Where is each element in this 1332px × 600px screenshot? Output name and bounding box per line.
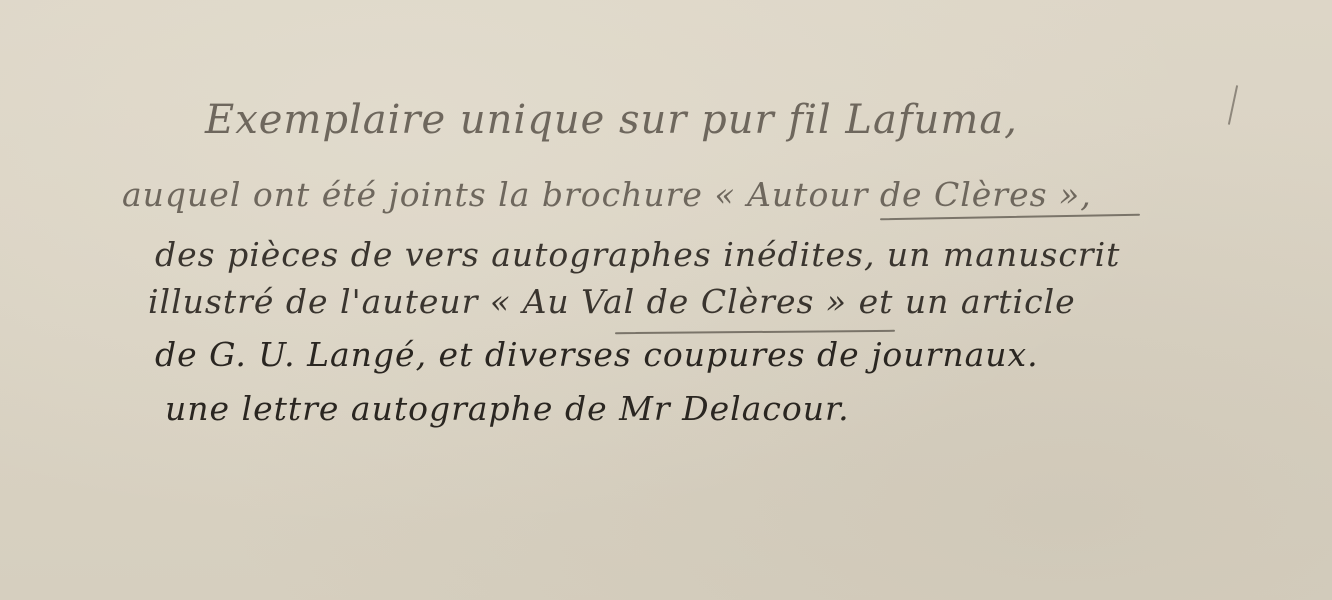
handwritten-line-2: auquel ont été joints la brochure « Auto… <box>122 178 1092 211</box>
handwritten-line-6: une lettre autographe de Mr Delacour. <box>165 392 850 425</box>
handwritten-line-1: Exemplaire unique sur pur fil Lafuma, <box>205 100 1018 140</box>
handwritten-line-3: des pièces de vers autographes inédites,… <box>155 238 1120 271</box>
title-underline <box>880 214 1140 221</box>
pen-stroke-mark <box>1228 85 1238 125</box>
handwritten-line-5: de G. U. Langé, et diverses coupures de … <box>155 338 1039 371</box>
title-underline-2 <box>615 330 895 334</box>
handwritten-line-4: illustré de l'auteur « Au Val de Clères … <box>148 285 1076 318</box>
manuscript-page: Exemplaire unique sur pur fil Lafuma, au… <box>0 0 1332 600</box>
